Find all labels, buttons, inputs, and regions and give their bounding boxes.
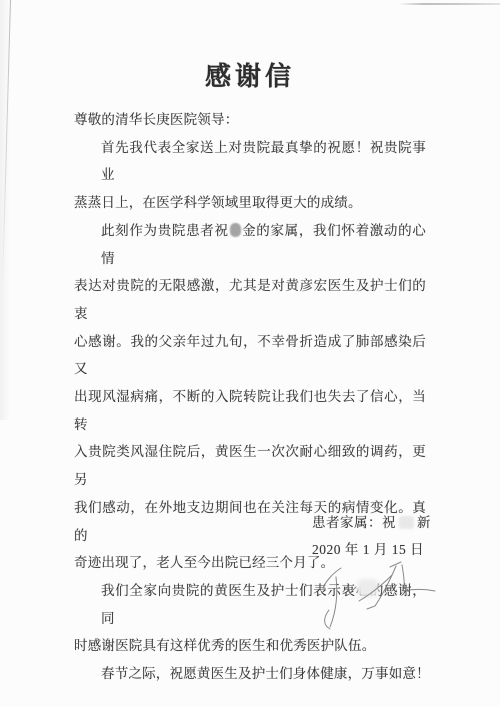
signer-given-name: 新 [417,515,431,530]
body-line: 心感谢。我的父亲年过九旬，不幸骨折造成了肺部感染后又 [74,328,426,383]
signature-stroke [367,566,396,609]
body-line: 春节之际，祝愿黄医生及护士们身体健康，万事如意！ [74,660,426,688]
signer-role-label: 患者家属： [312,515,382,530]
signature-stroke [402,565,404,589]
scan-crease-line [2,0,11,292]
body-text-segment: 此刻作为贵院患者祝 [101,223,229,238]
signature-block: 患者家属：祝新 2020 年 1 月 15 日 [312,510,431,563]
signer-surname: 祝 [382,515,396,530]
scan-top-artifact-line [398,3,500,5]
scanned-letter-page: 感谢信 尊敬的清华长庚医院领导： 首先我代表全家送上对贵院最真挚的祝愿！祝贵院事… [0,0,500,707]
body-text-segment: 表达对贵院的无限感激，尤其是对黄彦宏医生及护士们的衷 [74,278,426,321]
signer-name-line: 患者家属：祝新 [312,510,431,536]
signature-stroke [323,568,341,589]
signature-stroke [330,577,337,627]
redacted-name-blur [230,223,241,237]
body-line: 蒸蒸日上，在医学科学领域里取得更大的成绩。 [74,189,426,217]
signature-stroke [403,590,435,592]
redacted-given-name-blur [399,516,414,529]
body-text-segment: 入贵院类风湿住院后，黄医生一次次耐心细致的调药，更另 [74,444,426,487]
signature-stroke [325,610,330,629]
letter-title: 感谢信 [0,56,500,93]
body-line: 表达对贵院的无限感激，尤其是对黄彦宏医生及护士们的衷 [74,272,426,327]
signature-stroke [359,575,392,601]
body-line: 此刻作为贵院患者祝金的家属，我们怀着激动的心情 [74,217,426,272]
body-line: 出现风湿病痛，不断的入院转院让我们也失去了信心，当转 [74,383,426,438]
body-line: 首先我代表全家送上对贵院最真挚的祝愿！祝贵院事业 [74,134,426,189]
signature-stroke [343,586,356,593]
body-text-segment: 首先我代表全家送上对贵院最真挚的祝愿！祝贵院事业 [101,140,426,183]
body-text-segment: 心感谢。我的父亲年过九旬，不幸骨折造成了肺部感染后又 [74,334,426,377]
body-text-segment: 春节之际，祝愿黄医生及护士们身体健康，万事如意！ [101,666,430,681]
salutation-line: 尊敬的清华长庚医院领导： [74,106,426,134]
body-text-segment: 出现风湿病痛，不断的入院转院让我们也失去了信心，当转 [74,389,426,432]
handwritten-signature [293,558,443,643]
body-line: 入贵院类风湿住院后，黄医生一次次耐心细致的调药，更另 [74,438,426,493]
body-text-segment: 蒸蒸日上，在医学科学领域里取得更大的成绩。 [74,195,362,210]
